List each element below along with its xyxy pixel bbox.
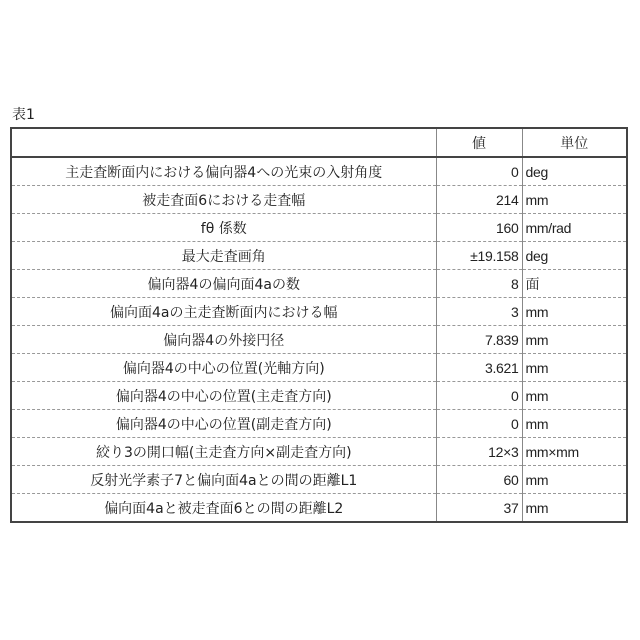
row-unit: mm — [522, 186, 627, 214]
row-value: 60 — [436, 466, 522, 494]
row-unit: deg — [522, 242, 627, 270]
row-label: 偏向器4の中心の位置(副走査方向) — [11, 410, 436, 438]
row-value: 3 — [436, 298, 522, 326]
table-row: 反射光学素子7と偏向面4aとの間の距離L1 60 mm — [11, 466, 627, 494]
table-row: 偏向器4の偏向面4aの数 8 面 — [11, 270, 627, 298]
header-unit: 単位 — [522, 128, 627, 157]
row-unit: mm — [522, 466, 627, 494]
row-unit: mm — [522, 298, 627, 326]
row-value: 0 — [436, 382, 522, 410]
table-row: 主走査断面内における偏向器4への光束の入射角度 0 deg — [11, 157, 627, 186]
row-unit: mm×mm — [522, 438, 627, 466]
row-value: 8 — [436, 270, 522, 298]
table-row: 偏向面4aの主走査断面内における幅 3 mm — [11, 298, 627, 326]
parameters-table: 値 単位 主走査断面内における偏向器4への光束の入射角度 0 deg 被走査面6… — [10, 127, 628, 523]
row-value: 0 — [436, 157, 522, 186]
row-label: 偏向面4aの主走査断面内における幅 — [11, 298, 436, 326]
row-label: 主走査断面内における偏向器4への光束の入射角度 — [11, 157, 436, 186]
row-value: 214 — [436, 186, 522, 214]
table-row: 偏向器4の中心の位置(副走査方向) 0 mm — [11, 410, 627, 438]
row-unit: mm — [522, 494, 627, 523]
row-unit: mm/rad — [522, 214, 627, 242]
row-unit: mm — [522, 382, 627, 410]
row-label: 反射光学素子7と偏向面4aとの間の距離L1 — [11, 466, 436, 494]
table-row: 偏向器4の外接円径 7.839 mm — [11, 326, 627, 354]
table-caption: 表1 — [12, 104, 35, 124]
row-value: 0 — [436, 410, 522, 438]
table-header-row: 値 単位 — [11, 128, 627, 157]
row-label: 偏向器4の中心の位置(光軸方向) — [11, 354, 436, 382]
row-unit: mm — [522, 326, 627, 354]
row-unit: mm — [522, 354, 627, 382]
row-value: ±19.158 — [436, 242, 522, 270]
row-value: 37 — [436, 494, 522, 523]
row-label: 偏向器4の外接円径 — [11, 326, 436, 354]
row-value: 160 — [436, 214, 522, 242]
row-label: 被走査面6における走査幅 — [11, 186, 436, 214]
table-row: 被走査面6における走査幅 214 mm — [11, 186, 627, 214]
row-value: 7.839 — [436, 326, 522, 354]
row-label: fθ 係数 — [11, 214, 436, 242]
row-unit: deg — [522, 157, 627, 186]
row-label: 絞り3の開口幅(主走査方向×副走査方向) — [11, 438, 436, 466]
row-value: 12×3 — [436, 438, 522, 466]
table-row: 偏向器4の中心の位置(主走査方向) 0 mm — [11, 382, 627, 410]
row-label: 偏向器4の中心の位置(主走査方向) — [11, 382, 436, 410]
table-row: 最大走査画角 ±19.158 deg — [11, 242, 627, 270]
header-item — [11, 128, 436, 157]
row-label: 偏向器4の偏向面4aの数 — [11, 270, 436, 298]
table-row: fθ 係数 160 mm/rad — [11, 214, 627, 242]
table-row: 偏向器4の中心の位置(光軸方向) 3.621 mm — [11, 354, 627, 382]
row-label: 最大走査画角 — [11, 242, 436, 270]
row-unit: 面 — [522, 270, 627, 298]
table-row: 偏向面4aと被走査面6との間の距離L2 37 mm — [11, 494, 627, 523]
row-label: 偏向面4aと被走査面6との間の距離L2 — [11, 494, 436, 523]
header-value: 値 — [436, 128, 522, 157]
row-unit: mm — [522, 410, 627, 438]
row-value: 3.621 — [436, 354, 522, 382]
table-row: 絞り3の開口幅(主走査方向×副走査方向) 12×3 mm×mm — [11, 438, 627, 466]
